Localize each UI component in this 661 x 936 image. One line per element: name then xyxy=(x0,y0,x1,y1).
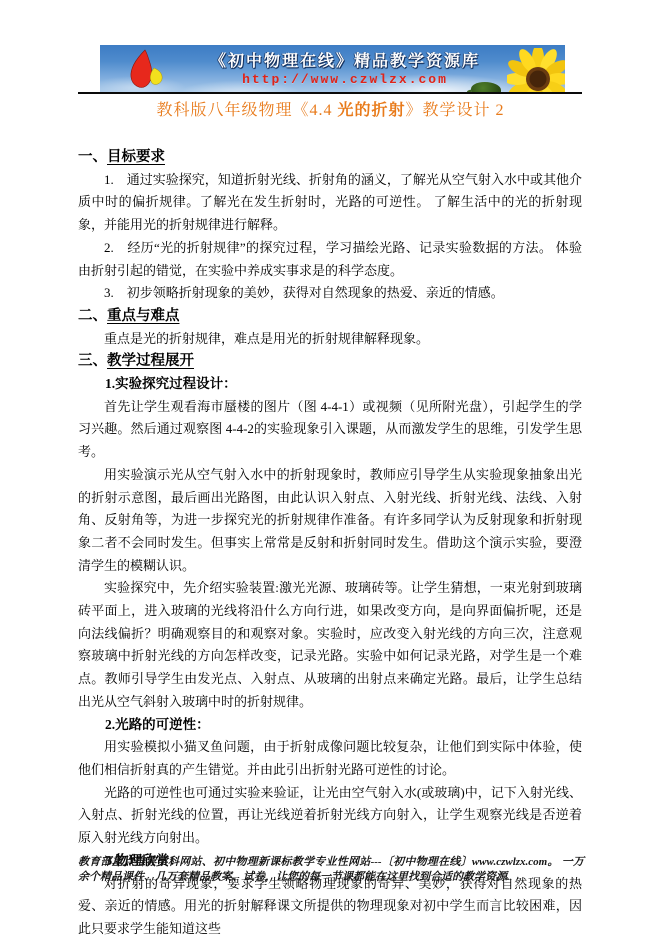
site-url: http://www.czwlzx.com xyxy=(195,72,495,87)
section-heading: 二、重点与难点 xyxy=(78,305,582,328)
section-number: 二、 xyxy=(78,308,107,324)
document-body: 一、目标要求1. 通过实验探究，知道折射光线、折射角的涵义，了解光从空气射入水中… xyxy=(78,146,582,936)
title-bold: 光的折射 xyxy=(337,102,405,119)
paragraph: 实验探究中，先介绍实验装置:激光光源、玻璃砖等。让学生猜想，一束光射到玻璃砖平面… xyxy=(78,577,582,713)
paragraph-text: 重点是光的折射规律，难点是用光的折射规律解释现象。 xyxy=(104,331,429,346)
header-divider xyxy=(78,92,582,94)
paragraph: 用实验模拟小猫叉鱼问题，由于折射成像问题比较复杂，让他们到实际中体验，使他们相信… xyxy=(78,736,582,781)
paragraph-text: 对折射的奇异现象，要求学生领略物理现象的奇异、美妙，获得对自然现象的热爱、亲近的… xyxy=(78,876,582,936)
section-number: 一、 xyxy=(78,149,107,165)
paragraph-text: 用实验模拟小猫叉鱼问题，由于折射成像问题比较复杂，让他们到实际中体验，使他们相信… xyxy=(78,739,582,777)
bush-icon xyxy=(471,82,501,92)
underlined-text: 这些 xyxy=(195,921,221,936)
page-footer: 教育部重点推荐学科网站、初中物理新课标教学专业性网站---〔初中物理在线〕www… xyxy=(78,855,584,884)
section-heading: 一、目标要求 xyxy=(78,146,582,169)
section-title: 目标要求 xyxy=(107,149,165,165)
paragraph-text: 首先让学生观看海市蜃楼的图片（图 4-4-1）或视频（见所附光盘），引起学生的学… xyxy=(78,399,582,459)
paragraph-text: 实验探究中，先介绍实验装置:激光光源、玻璃砖等。让学生猜想，一束光射到玻璃砖平面… xyxy=(78,580,582,709)
paragraph: 2. 经历“光的折射规律”的探究过程，学习描绘光路、记录实验数据的方法。 体验由… xyxy=(78,237,582,282)
paragraph: 3. 初步领略折射现象的美妙，获得对自然现象的热爱、亲近的情感。 xyxy=(78,282,582,305)
title-suffix: 》教学设计 2 xyxy=(406,102,505,119)
section-number: 三、 xyxy=(78,353,107,369)
paragraph: 用实验演示光从空气射入水中的折射现象时，教师应引导学生从实验现象抽象出光的折射示… xyxy=(78,464,582,578)
site-title: 《初中物理在线》精品教学资源库 xyxy=(195,48,495,71)
section-title: 教学过程展开 xyxy=(107,353,194,369)
sunflower-icon xyxy=(507,48,565,92)
page-title: 教科版八年级物理《4.4 光的折射》教学设计 2 xyxy=(0,97,661,120)
paragraph-text: 2. 经历“光的折射规律”的探究过程，学习描绘光路、记录实验数据的方法。 体验由… xyxy=(78,240,582,278)
paragraph: 重点是光的折射规律，难点是用光的折射规律解释现象。 xyxy=(78,328,582,351)
section-heading: 三、教学过程展开 xyxy=(78,350,582,373)
section-title: 重点与难点 xyxy=(107,308,180,324)
paragraph: 首先让学生观看海市蜃楼的图片（图 4-4-1）或视频（见所附光盘），引起学生的学… xyxy=(78,396,582,464)
paragraph-text: 光路的可逆性也可通过实验来验证，让光由空气射入水(或玻璃)中，记下入射光线、入射… xyxy=(78,785,582,845)
site-banner: 《初中物理在线》精品教学资源库 http://www.czwlzx.com xyxy=(100,45,565,92)
title-prefix: 教科版八年级物理《4.4 xyxy=(156,102,337,119)
paragraph-text: 3. 初步领略折射现象的美妙，获得对自然现象的热爱、亲近的情感。 xyxy=(104,285,504,300)
paragraph: 1. 通过实验探究，知道折射光线、折射角的涵义，了解光从空气射入水中或其他介质中… xyxy=(78,169,582,237)
sub-heading: 2.光路的可逆性： xyxy=(78,714,582,737)
flame-logo-icon xyxy=(122,49,168,92)
sub-heading: 1.实验探究过程设计： xyxy=(78,373,582,396)
document-page: 《初中物理在线》精品教学资源库 http://www.czwlzx.com xyxy=(0,0,661,936)
paragraph: 光路的可逆性也可通过实验来验证，让光由空气射入水(或玻璃)中，记下入射光线、入射… xyxy=(78,782,582,850)
paragraph-text: 1. 通过实验探究，知道折射光线、折射角的涵义，了解光从空气射入水中或其他介质中… xyxy=(78,172,582,232)
paragraph-text: 用实验演示光从空气射入水中的折射现象时，教师应引导学生从实验现象抽象出光的折射示… xyxy=(78,467,582,573)
